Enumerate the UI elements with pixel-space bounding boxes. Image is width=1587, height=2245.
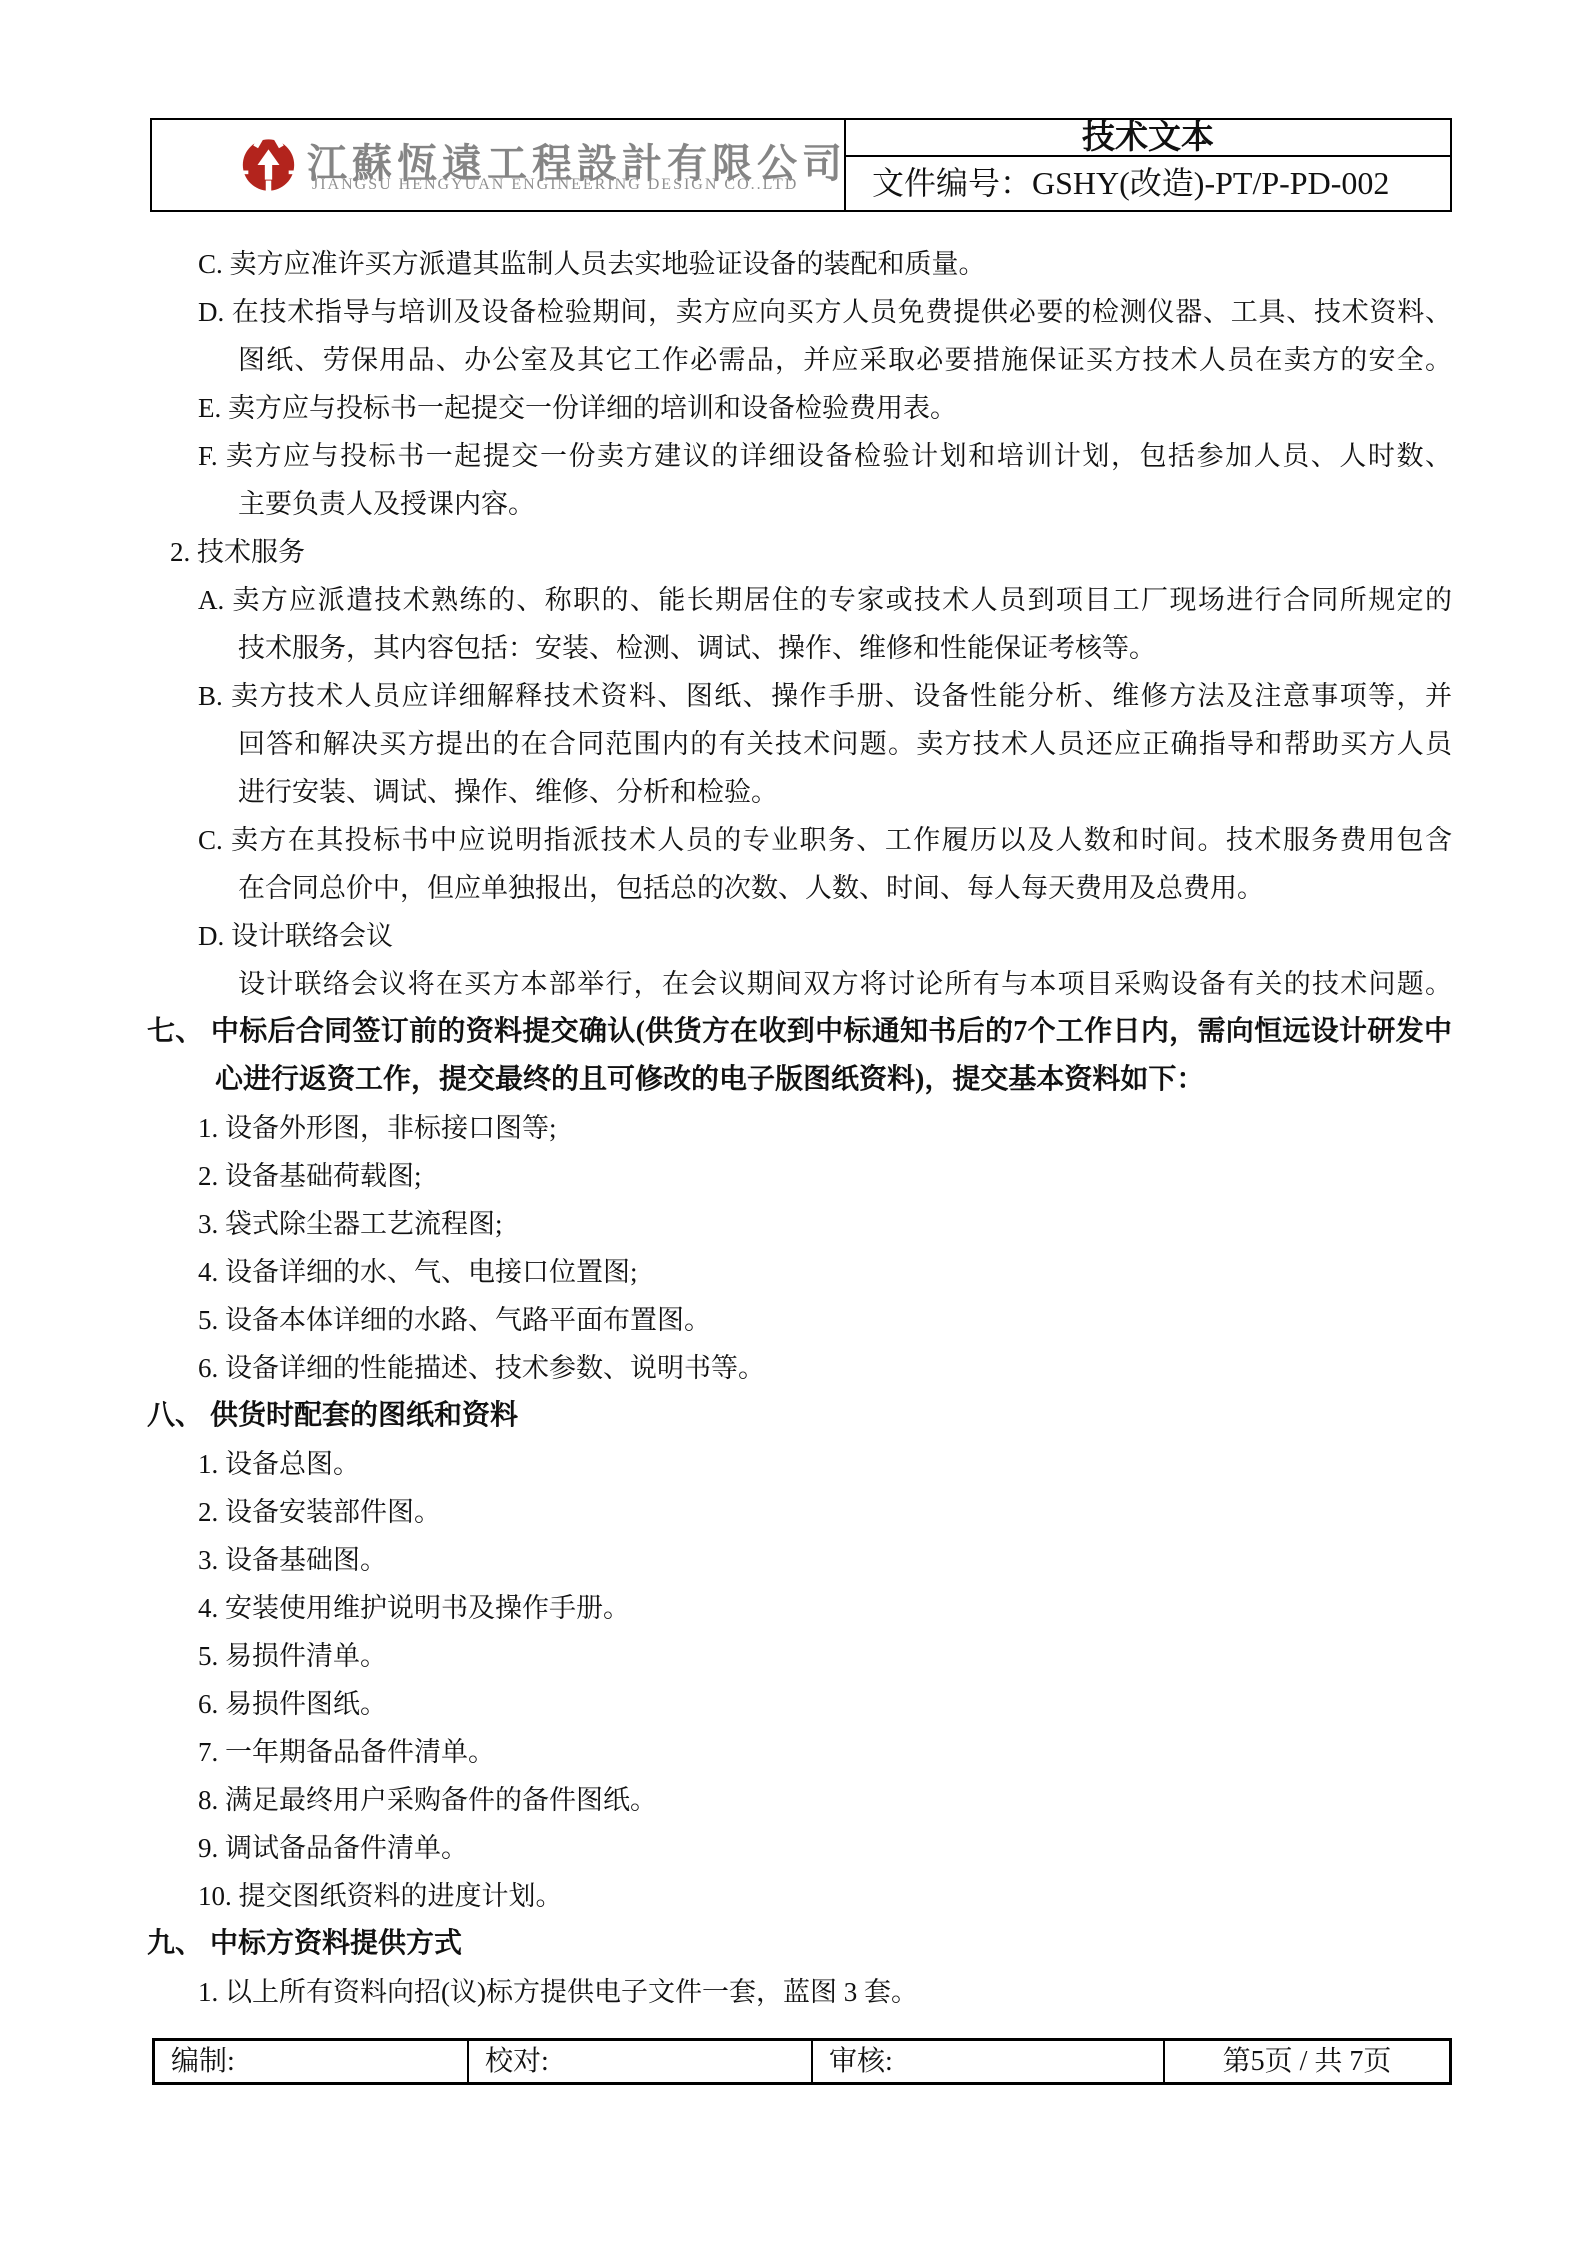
body-line: 8. 满足最终用户采购备件的备件图纸。 [0, 1776, 1452, 1824]
footer-cell-reviewed-by: 审核: [813, 2041, 1165, 2082]
body-line: 2. 设备安装部件图。 [0, 1488, 1452, 1536]
body-line: C. 卖方在其投标书中应说明指派技术人员的专业职务、工作履历以及人数和时间。技术… [0, 816, 1452, 864]
body-line: 2. 技术服务 [0, 528, 1452, 576]
body-line: 5. 设备本体详细的水路、气路平面布置图。 [0, 1296, 1452, 1344]
body-line: 进行安装、调试、操作、维修、分析和检验。 [0, 768, 1452, 816]
body-line: 3. 袋式除尘器工艺流程图; [0, 1200, 1452, 1248]
footer-page-number: 第5页 / 共 7页 [1165, 2041, 1449, 2082]
body-line: 1. 设备外形图，非标接口图等; [0, 1104, 1452, 1152]
body-line: 6. 设备详细的性能描述、技术参数、说明书等。 [0, 1344, 1452, 1392]
body-line: 在合同总价中，但应单独报出，包括总的次数、人数、时间、每人每天费用及总费用。 [0, 864, 1452, 912]
body-line: 七、 中标后合同签订前的资料提交确认(供货方在收到中标通知书后的7个工作日内，需… [0, 1008, 1452, 1056]
body-line: 10. 提交图纸资料的进度计划。 [0, 1872, 1452, 1920]
body-line: 技术服务，其内容包括：安装、检测、调试、操作、维修和性能保证考核等。 [0, 624, 1452, 672]
body-line: 设计联络会议将在买方本部举行，在会议期间双方将讨论所有与本项目采购设备有关的技术… [0, 960, 1452, 1008]
footer-cell-prepared-by: 编制: [155, 2041, 469, 2082]
footer-cell-checked-by: 校对: [469, 2041, 813, 2082]
header-company-cell: 江蘇恆遠工程設計有限公司 JIANGSU HENGYUAN ENGINEERIN… [152, 120, 846, 210]
header-doc-cell: 技术文本 文件编号：GSHY(改造)-PT/P-PD-002 [846, 120, 1450, 210]
body-line: A. 卖方应派遣技术熟练的、称职的、能长期居住的专家或技术人员到项目工厂现场进行… [0, 576, 1452, 624]
body-line: D. 在技术指导与培训及设备检验期间，卖方应向买方人员免费提供必要的检测仪器、工… [0, 288, 1452, 336]
header-table: 江蘇恆遠工程設計有限公司 JIANGSU HENGYUAN ENGINEERIN… [150, 118, 1452, 212]
body-line: 7. 一年期备品备件清单。 [0, 1728, 1452, 1776]
body-line: 4. 安装使用维护说明书及操作手册。 [0, 1584, 1452, 1632]
body-line: 6. 易损件图纸。 [0, 1680, 1452, 1728]
body-line: 4. 设备详细的水、气、电接口位置图; [0, 1248, 1452, 1296]
body-line: 3. 设备基础图。 [0, 1536, 1452, 1584]
body-line: 1. 以上所有资料向招(议)标方提供电子文件一套，蓝图 3 套。 [0, 1968, 1452, 2016]
body-line: F. 卖方应与投标书一起提交一份卖方建议的详细设备检验计划和培训计划，包括参加人… [0, 432, 1452, 480]
doc-type-title: 技术文本 [846, 120, 1450, 157]
document-body: C. 卖方应准许买方派遣其监制人员去实地验证设备的装配和质量。D. 在技术指导与… [0, 240, 1452, 2016]
footer-table: 编制: 校对: 审核: 第5页 / 共 7页 [152, 2038, 1452, 2085]
body-line: 九、 中标方资料提供方式 [0, 1920, 1452, 1968]
body-line: 1. 设备总图。 [0, 1440, 1452, 1488]
body-line: 主要负责人及授课内容。 [0, 480, 1452, 528]
body-line: 心进行返资工作，提交最终的且可修改的电子版图纸资料)，提交基本资料如下： [0, 1056, 1452, 1104]
body-line: E. 卖方应与投标书一起提交一份详细的培训和设备检验费用表。 [0, 384, 1452, 432]
doc-number: 文件编号：GSHY(改造)-PT/P-PD-002 [846, 157, 1450, 210]
body-line: 图纸、劳保用品、办公室及其它工作必需品，并应采取必要措施保证买方技术人员在卖方的… [0, 336, 1452, 384]
document-page: 江蘇恆遠工程設計有限公司 JIANGSU HENGYUAN ENGINEERIN… [0, 0, 1587, 2245]
body-line: 9. 调试备品备件清单。 [0, 1824, 1452, 1872]
body-line: D. 设计联络会议 [0, 912, 1452, 960]
body-line: C. 卖方应准许买方派遣其监制人员去实地验证设备的装配和质量。 [0, 240, 1452, 288]
body-line: 八、 供货时配套的图纸和资料 [0, 1392, 1452, 1440]
company-logo-icon [241, 137, 296, 193]
company-name-en: JIANGSU HENGYUAN ENGINEERING DESIGN CO..… [312, 176, 782, 194]
body-line: 回答和解决买方提出的在合同范围内的有关技术问题。卖方技术人员还应正确指导和帮助买… [0, 720, 1452, 768]
body-line: B. 卖方技术人员应详细解释技术资料、图纸、操作手册、设备性能分析、维修方法及注… [0, 672, 1452, 720]
body-line: 5. 易损件清单。 [0, 1632, 1452, 1680]
body-line: 2. 设备基础荷载图; [0, 1152, 1452, 1200]
